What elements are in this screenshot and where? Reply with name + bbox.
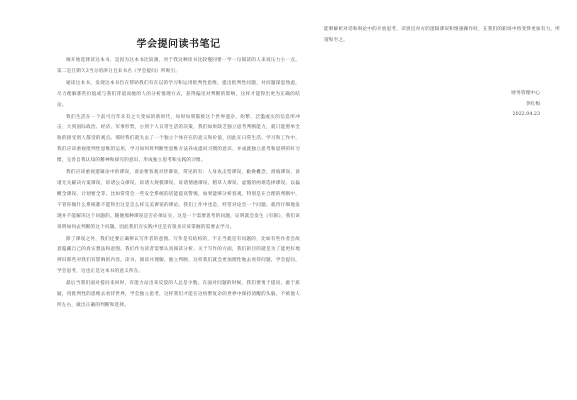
paragraph: 我们应该重视逻辑论中的谬误，谈论要客观对待谬误，常见的有：人身攻击型谬误、偷换概… bbox=[57, 168, 300, 233]
signature-block: 财务管理中心 李红梅 2022.04.23 bbox=[511, 89, 540, 121]
paragraph: 我们生活在一个前可百年未有之大变局的新时代，每时每刻都被这个世界遗杂，纷繁、泛滥… bbox=[57, 113, 300, 168]
document-title: 学会提问读书笔记 bbox=[57, 35, 300, 50]
right-page: 能够解析对话和辩论中的开放思考，识别出对方的逻辑谬误和情感操作时，在我们的职场中… bbox=[288, 0, 576, 400]
paragraph: 除了谬误之外，我们还要正确辨认写作者的意图。写作是有结构的，不正当就是有问题的，… bbox=[57, 235, 300, 279]
paragraph: 通读这本书，发现这本书旨在帮助我们有在以的学习和运用批判性思维，提出批判性问题，… bbox=[57, 79, 300, 112]
left-column: 学会提问读书笔记 阐开始选择读这本书，是因为这本书比较薄，对于我这种读书比较慢同… bbox=[57, 35, 300, 313]
right-column: 能够解析对话和辩论中的开放思考，识别出对方的逻辑谬误和情感操作时，在我们的职场中… bbox=[324, 25, 560, 48]
paragraph: 最后当我们面对提问来回时，有能力站出来反驳的人总是少数。在面对问题的时候，我们要… bbox=[57, 279, 300, 312]
signature-name: 李红梅 bbox=[511, 100, 540, 111]
paragraph: 阐开始选择读这本书，是因为这本书比较薄，对于我这种读书比较慢同要一学一句阅读的人… bbox=[57, 56, 300, 78]
left-page: 学会提问读书笔记 阐开始选择读这本书，是因为这本书比较薄，对于我这种读书比较慢同… bbox=[0, 0, 288, 400]
paragraph: 能够解析对话和辩论中的开放思考，识别出对方的逻辑谬误和情感操作时，在我们的职场中… bbox=[324, 25, 560, 47]
signature-date: 2022.04.23 bbox=[511, 110, 540, 121]
signature-department: 财务管理中心 bbox=[511, 89, 540, 100]
